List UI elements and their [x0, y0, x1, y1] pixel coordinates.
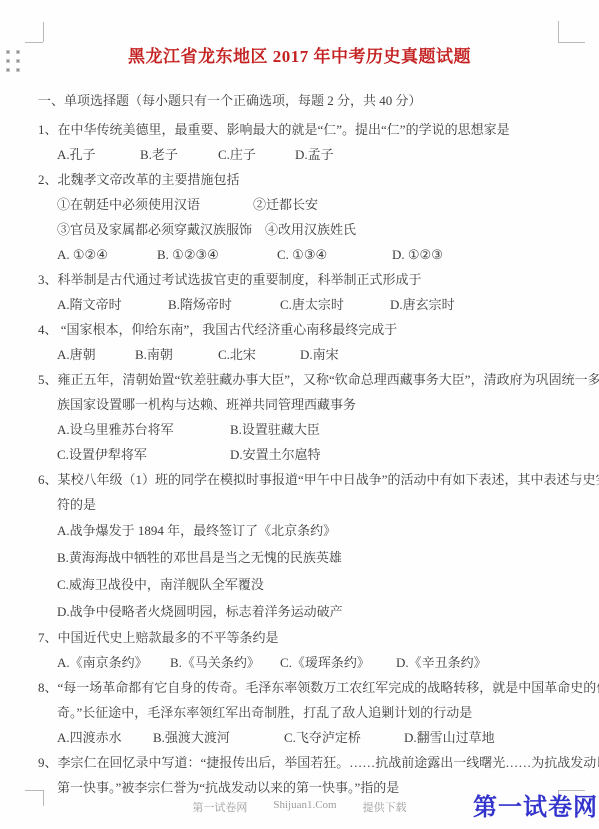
question-4: 4、 “国家根本，仰给东南”，我国古代经济重心南移最终完成于 A.唐朝 B.南朝…	[38, 317, 578, 367]
page-title: 黑龙江省龙东地区 2017 年中考历史真题试题	[0, 42, 599, 67]
sub-item-3: ③官员及家属都必须穿戴汉族服饰	[57, 217, 265, 242]
option-b: B.设置驻藏大臣	[230, 417, 320, 442]
option-a: A.战争爆发于 1894 年，最终签订了《北京条约》	[38, 517, 578, 544]
question-1: 1、在中华传统美德里，最重要、影响最大的就是“仁”。提出“仁”的学说的思想家是 …	[38, 117, 578, 167]
option-c: C.《瑷珲条约》	[280, 650, 396, 675]
option-c: C. ①③④	[277, 242, 392, 267]
question-text: 族国家设置哪一机构与达赖、班禅共同管理西藏事务	[38, 392, 578, 417]
option-d: D.《辛丑条约》	[396, 650, 487, 675]
option-a: A.设乌里雅苏台将军	[57, 417, 230, 442]
option-row: A.孔子 B.老子 C.庄子 D.孟子	[38, 142, 578, 167]
option-c: C.唐太宗时	[280, 292, 390, 317]
option-d: D.安置土尔扈特	[230, 442, 321, 467]
question-text: 6、某校八年级（1）班的同学在模拟时事报道“甲午中日战争”的活动中有如下表述，其…	[38, 467, 578, 492]
option-b: B.隋炀帝时	[168, 292, 280, 317]
question-text: 7、中国近代史上赔款最多的不平等条约是	[38, 625, 578, 650]
margin-crop-mark-top-left	[43, 22, 44, 42]
option-a: A.《南京条约》	[57, 650, 170, 675]
sub-item-2: ②迁都长安	[253, 192, 318, 217]
question-text: 奇。”长征途中，毛泽东率领红军出奇制胜，打乱了敌人追剿计划的行动是	[38, 700, 578, 725]
option-a: A.唐朝	[57, 342, 135, 367]
footer-download-label: 提供下载	[363, 799, 407, 815]
option-c: C.威海卫战役中，南洋舰队全军覆没	[38, 571, 578, 598]
option-b: B.老子	[140, 142, 218, 167]
question-text: 1、在中华传统美德里，最重要、影响最大的就是“仁”。提出“仁”的学说的思想家是	[38, 117, 578, 142]
option-row: A.《南京条约》 B.《马关条约》 C.《瑷珲条约》 D.《辛丑条约》	[38, 650, 578, 675]
option-a: A. ①②④	[57, 242, 157, 267]
sub-item-4: ④改用汉族姓氏	[265, 217, 356, 242]
option-b: B. ①②③④	[157, 242, 277, 267]
option-d: D.孟子	[295, 142, 334, 167]
option-d: D.战争中侵略者火烧圆明园，标志着洋务运动破产	[38, 598, 578, 625]
footer-site-url: Shijuan1.Com	[273, 799, 336, 815]
question-text: 8、“每一场革命都有它自身的传奇。毛泽东率领数万工农红军完成的战略转移，就是中国…	[38, 675, 578, 700]
sub-item-row: ③官员及家属都必须穿戴汉族服饰 ④改用汉族姓氏	[38, 217, 578, 242]
question-text: 5、雍正五年，清朝始置“钦差驻藏办事大臣”，又称“钦命总理西藏事务大臣”，清政府…	[38, 367, 578, 392]
option-a: A.四渡赤水	[57, 725, 153, 750]
option-row: A.隋文帝时 B.隋炀帝时 C.唐太宗时 D.唐玄宗时	[38, 292, 578, 317]
option-a: A.隋文帝时	[57, 292, 168, 317]
question-text: 2、北魏孝文帝改革的主要措施包括	[38, 167, 578, 192]
site-watermark: 第一试卷网	[473, 787, 598, 822]
option-b: B.《马关条约》	[170, 650, 280, 675]
question-3: 3、科举制是古代通过考试选拔官吏的重要制度，科举制正式形成于 A.隋文帝时 B.…	[38, 267, 578, 317]
question-text: 4、 “国家根本，仰给东南”，我国古代经济重心南移最终完成于	[38, 317, 578, 342]
option-c: C.庄子	[218, 142, 295, 167]
option-d: D. ①②③	[392, 242, 443, 267]
document-body: 一、单项选择题（每小题只有一个正确选项，每题 2 分，共 40 分） 1、在中华…	[38, 88, 578, 800]
option-d: D.翻雪山过草地	[404, 725, 495, 750]
option-b: B.南朝	[135, 342, 218, 367]
option-row: A.四渡赤水 B.强渡大渡河 C.飞夺泸定桥 D.翻雪山过草地	[38, 725, 578, 750]
option-b: B.强渡大渡河	[153, 725, 284, 750]
question-7: 7、中国近代史上赔款最多的不平等条约是 A.《南京条约》 B.《马关条约》 C.…	[38, 625, 578, 675]
question-2: 2、北魏孝文帝改革的主要措施包括 ①在朝廷中必须使用汉语 ②迁都长安 ③官员及家…	[38, 167, 578, 267]
option-a: A.孔子	[57, 142, 140, 167]
option-d: D.唐玄宗时	[390, 292, 455, 317]
option-b: B.黄海海战中牺牲的邓世昌是当之无愧的民族英雄	[38, 544, 578, 571]
question-6: 6、某校八年级（1）班的同学在模拟时事报道“甲午中日战争”的活动中有如下表述，其…	[38, 467, 578, 625]
option-c: C.设置伊犁将军	[57, 442, 230, 467]
question-5: 5、雍正五年，清朝始置“钦差驻藏办事大臣”，又称“钦命总理西藏事务大臣”，清政府…	[38, 367, 578, 467]
question-text: 9、李宗仁在回忆录中写道：“捷报传出后，举国若狂。……抗战前途露出一线曙光……为…	[38, 750, 578, 775]
question-text: 符的是	[38, 492, 578, 517]
option-row: A.设乌里雅苏台将军 B.设置驻藏大臣	[38, 417, 578, 442]
document-page: 黑龙江省龙东地区 2017 年中考历史真题试题 一、单项选择题（每小题只有一个正…	[0, 0, 599, 829]
option-c: C.北宋	[218, 342, 300, 367]
footer-site-name: 第一试卷网	[192, 799, 247, 815]
sub-item-1: ①在朝廷中必须使用汉语	[57, 192, 253, 217]
option-row: A. ①②④ B. ①②③④ C. ①③④ D. ①②③	[38, 242, 578, 267]
option-row: C.设置伊犁将军 D.安置土尔扈特	[38, 442, 578, 467]
margin-crop-mark-top-right	[558, 21, 559, 42]
option-c: C.飞夺泸定桥	[284, 725, 404, 750]
question-text: 3、科举制是古代通过考试选拔官吏的重要制度，科举制正式形成于	[38, 267, 578, 292]
option-d: D.南宋	[300, 342, 339, 367]
sub-item-row: ①在朝廷中必须使用汉语 ②迁都长安	[38, 192, 578, 217]
option-row: A.唐朝 B.南朝 C.北宋 D.南宋	[38, 342, 578, 367]
section-heading: 一、单项选择题（每小题只有一个正确选项，每题 2 分，共 40 分）	[38, 88, 578, 113]
question-8: 8、“每一场革命都有它自身的传奇。毛泽东率领数万工农红军完成的战略转移，就是中国…	[38, 675, 578, 750]
